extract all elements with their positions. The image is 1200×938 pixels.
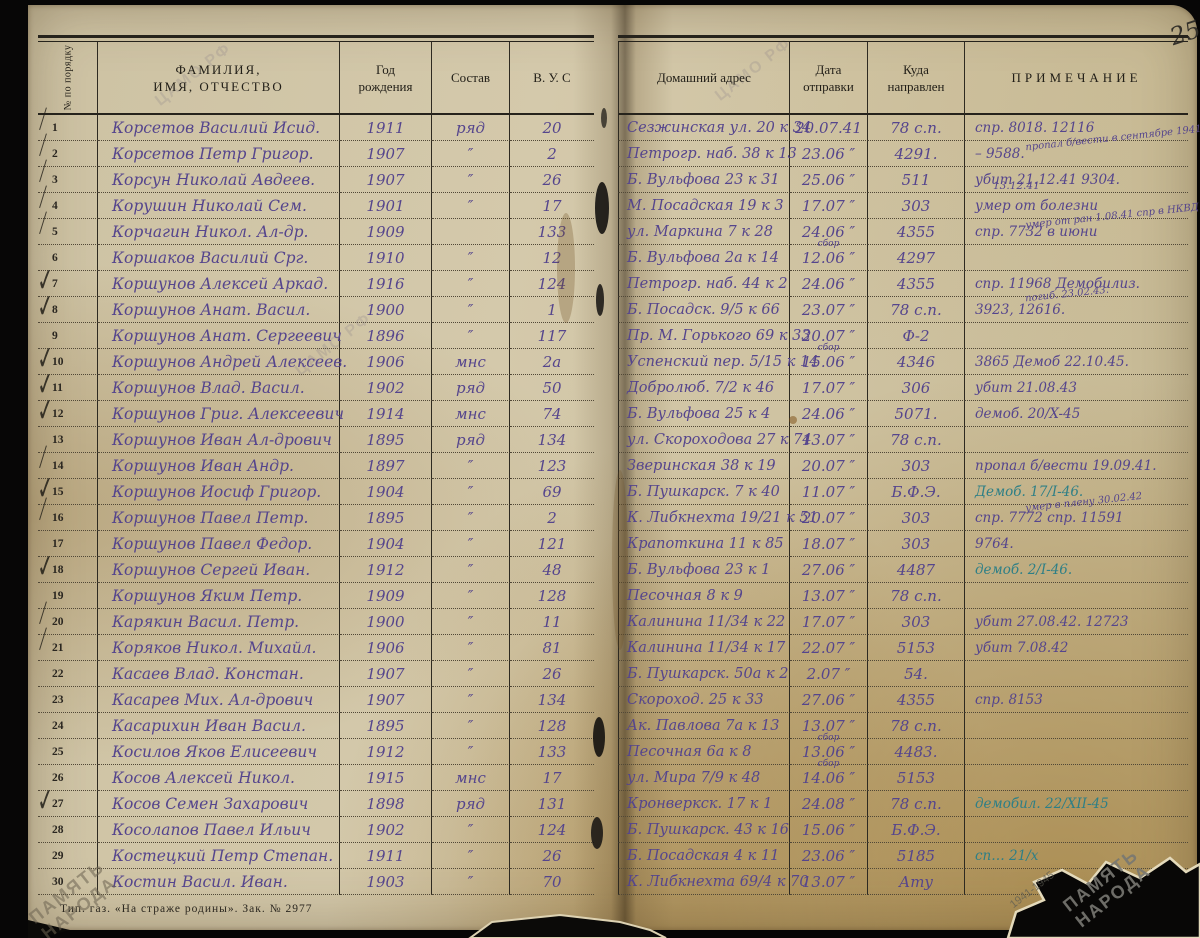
cell-name: Коршунов Павел Федор.	[98, 531, 340, 557]
cell-sostav: ″	[432, 869, 510, 895]
cell-num: 12✓	[38, 401, 98, 427]
table-row: 2/Корсетов Петр Григор.1907″2Петрогр. на…	[38, 141, 1188, 167]
cell-dest: 303	[868, 531, 965, 557]
cell-note	[965, 323, 1188, 349]
cell-year: 1912	[340, 557, 432, 583]
cell-year: 1909	[340, 219, 432, 245]
cell-name: Коршунов Анат. Сергеевич	[98, 323, 340, 349]
cell-vus: 128	[510, 713, 594, 739]
cell-dest: 78 с.п.	[868, 115, 965, 141]
cell-sostav: ″	[432, 713, 510, 739]
cell-vus: 26	[510, 843, 594, 869]
cell-num: 24	[38, 713, 98, 739]
cell-addr: Калинина 11/34 к 22	[618, 609, 790, 635]
table-row: 27✓Косов Семен Захарович1898ряд131Кронве…	[38, 791, 1188, 817]
cell-addr: Б. Пушкарск. 50а к 2	[618, 661, 790, 687]
cell-dest: 4355	[868, 271, 965, 297]
cell-addr: Б. Вульфова 23 к 31	[618, 167, 790, 193]
cell-name: Коршунов Иосиф Григор.	[98, 479, 340, 505]
cell-vus: 20	[510, 115, 594, 141]
table-row: 6Коршаков Василий Срг.1910″12Б. Вульфова…	[38, 245, 1188, 271]
cell-date: 11.07 ″	[790, 479, 868, 505]
cell-dest: 5153	[868, 765, 965, 791]
cell-addr: Б. Вульфова 2а к 14	[618, 245, 790, 271]
cell-date: 13.07 ″	[790, 583, 868, 609]
cell-vus: 70	[510, 869, 594, 895]
cell-sostav: ″	[432, 739, 510, 765]
cell-sostav: ″	[432, 297, 510, 323]
table-row: 25Косилов Яков Елисеевич1912″133Песочная…	[38, 739, 1188, 765]
cell-addr: К. Либкнехта 19/21 к 51	[618, 505, 790, 531]
cell-vus: 26	[510, 661, 594, 687]
cell-name: Касарев Мих. Ал-дрович	[98, 687, 340, 713]
cell-sostav: мнс	[432, 401, 510, 427]
cell-note: 9764.	[965, 531, 1188, 557]
cell-vus: 117	[510, 323, 594, 349]
cell-gut	[594, 167, 618, 193]
cell-dest: 78 с.п.	[868, 297, 965, 323]
cell-note: погиб. 23.02.43.3923, 12616.	[965, 297, 1188, 323]
cell-vus: 134	[510, 687, 594, 713]
cell-vus: 74	[510, 401, 594, 427]
cell-name: Косилов Яков Елисеевич	[98, 739, 340, 765]
cell-date: сбор12.06 ″	[790, 245, 868, 271]
cell-gut	[594, 687, 618, 713]
cell-name: Коршунов Григ. Алексеевич	[98, 401, 340, 427]
top-rule-right	[618, 35, 1188, 42]
cell-year: 1904	[340, 479, 432, 505]
cell-date: 23.06 ″	[790, 843, 868, 869]
cell-dest: 4291.	[868, 141, 965, 167]
cell-name: Коршунов Иван Ал-дрович	[98, 427, 340, 453]
cell-vus: 50	[510, 375, 594, 401]
cell-sostav: мнс	[432, 349, 510, 375]
cell-sostav: ″	[432, 479, 510, 505]
cell-sostav: ″	[432, 453, 510, 479]
table-row: 23Касарев Мих. Ал-дрович1907″134Скороход…	[38, 687, 1188, 713]
table-row: 30Костин Васил. Иван.1903″70К. Либкнехта…	[38, 869, 1188, 895]
table-row: 13Коршунов Иван Ал-дрович1895ряд134ул. С…	[38, 427, 1188, 453]
cell-dest: 303	[868, 609, 965, 635]
cell-note	[965, 661, 1188, 687]
table-row: 14/Коршунов Иван Андр.1897″123Зверинская…	[38, 453, 1188, 479]
cell-dest: 5071.	[868, 401, 965, 427]
cell-date: 13.07 ″	[790, 869, 868, 895]
cell-year: 1912	[340, 739, 432, 765]
cell-sostav: ″	[432, 141, 510, 167]
cell-name: Касаев Влад. Констан.	[98, 661, 340, 687]
cell-name: Корсетов Петр Григор.	[98, 141, 340, 167]
cell-addr: Песочная 8 к 9	[618, 583, 790, 609]
table-row: 17Коршунов Павел Федор.1904″121Крапоткин…	[38, 531, 1188, 557]
cell-dest: 303	[868, 505, 965, 531]
cell-num: 22	[38, 661, 98, 687]
cell-name: Коршаков Василий Срг.	[98, 245, 340, 271]
cell-year: 1907	[340, 167, 432, 193]
cell-year: 1909	[340, 583, 432, 609]
cell-num: 16/	[38, 505, 98, 531]
cell-addr: Песочная 6а к 8	[618, 739, 790, 765]
cell-addr: ул. Скороходова 27 к 74	[618, 427, 790, 453]
cell-date: 13.07 ″	[790, 427, 868, 453]
cell-gut	[594, 791, 618, 817]
cell-name: Корсетов Василий Исид.	[98, 115, 340, 141]
cell-num: 23	[38, 687, 98, 713]
header-name: ФАМИЛИЯ,ИМЯ, ОТЧЕСТВО	[98, 42, 340, 115]
cell-date: 23.07 ″	[790, 297, 868, 323]
cell-vus: 17	[510, 193, 594, 219]
cell-note: убит 21.08.43	[965, 375, 1188, 401]
cell-gut	[594, 349, 618, 375]
cell-vus: 123	[510, 453, 594, 479]
table-row: 10✓Коршунов Андрей Алексеев.1906мнс2аУсп…	[38, 349, 1188, 375]
margin-checkmark: ✓	[36, 285, 55, 328]
cell-note	[965, 713, 1188, 739]
cell-year: 1896	[340, 323, 432, 349]
cell-name: Коршунов Влад. Васил.	[98, 375, 340, 401]
cell-year: 1907	[340, 141, 432, 167]
table-row: 28Косолапов Павел Ильич1902″124Б. Пушкар…	[38, 817, 1188, 843]
cell-year: 1900	[340, 609, 432, 635]
cell-dest: Ату	[868, 869, 965, 895]
header-note: ПРИМЕЧАНИЕ	[965, 42, 1188, 115]
cell-note	[965, 869, 1188, 895]
cell-year: 1911	[340, 115, 432, 141]
cell-gut	[594, 505, 618, 531]
cell-sostav: ″	[432, 557, 510, 583]
cell-gut	[594, 869, 618, 895]
cell-date: 20.07.41	[790, 115, 868, 141]
cell-dest: 78 с.п.	[868, 583, 965, 609]
margin-checkmark: ✓	[36, 779, 55, 822]
cell-name: Коршунов Алексей Аркад.	[98, 271, 340, 297]
cell-note: демоб. 20/X-45	[965, 401, 1188, 427]
cell-num: 29	[38, 843, 98, 869]
cell-dest: 511	[868, 167, 965, 193]
cell-name: Корушин Николай Сем.	[98, 193, 340, 219]
cell-dest: 4355	[868, 687, 965, 713]
cell-date: 24.08 ″	[790, 791, 868, 817]
cell-gut	[594, 557, 618, 583]
cell-gut	[594, 843, 618, 869]
cell-gut	[594, 739, 618, 765]
cell-sostav: ряд	[432, 427, 510, 453]
cell-sostav: мнс	[432, 765, 510, 791]
table-row: 4/Корушин Николай Сем.1901″17М. Посадска…	[38, 193, 1188, 219]
cell-addr: Крапоткина 11 к 85	[618, 531, 790, 557]
cell-note: 3865 Демоб 22.10.45.	[965, 349, 1188, 375]
cell-dest: 303	[868, 193, 965, 219]
cell-vus: 128	[510, 583, 594, 609]
cell-gut	[594, 765, 618, 791]
cell-addr: К. Либкнехта 69/4 к 70	[618, 869, 790, 895]
cell-year: 1902	[340, 817, 432, 843]
cell-name: Коряков Никол. Михайл.	[98, 635, 340, 661]
table-row: 5/Корчагин Никол. Ал-др.1909133ул. Марки…	[38, 219, 1188, 245]
cell-note: сп… 21/х	[965, 843, 1188, 869]
cell-sostav: ″	[432, 687, 510, 713]
cell-dest: 303	[868, 453, 965, 479]
cell-dest: 306	[868, 375, 965, 401]
cell-name: Коршунов Яким Петр.	[98, 583, 340, 609]
cell-gut	[594, 635, 618, 661]
cell-note: демоб. 2/I-46.	[965, 557, 1188, 583]
cell-name: Касарихин Иван Васил.	[98, 713, 340, 739]
cell-year: 1901	[340, 193, 432, 219]
cell-date: 17.07 ″	[790, 609, 868, 635]
cell-addr: Ак. Павлова 7а к 13	[618, 713, 790, 739]
table-rows: 1/Корсетов Василий Исид.1911ряд20Сезжинс…	[38, 115, 1188, 895]
table-row: 18✓Коршунов Сергей Иван.1912″48Б. Вульфо…	[38, 557, 1188, 583]
cell-dest: 4487	[868, 557, 965, 583]
cell-sostav: ″	[432, 245, 510, 271]
cell-vus: 121	[510, 531, 594, 557]
cell-gut	[594, 323, 618, 349]
cell-sostav: ″	[432, 843, 510, 869]
header-vus: В. У. С	[510, 42, 594, 115]
cell-year: 1902	[340, 375, 432, 401]
cell-dest: 78 с.п.	[868, 427, 965, 453]
cell-gut	[594, 453, 618, 479]
cell-gut	[594, 713, 618, 739]
cell-num: 8✓	[38, 297, 98, 323]
cell-addr: Кронверкск. 17 к 1	[618, 791, 790, 817]
cell-year: 1911	[340, 843, 432, 869]
margin-checkmark: ✓	[36, 545, 55, 588]
cell-sostav: ″	[432, 817, 510, 843]
cell-date: 25.06 ″	[790, 167, 868, 193]
header-date: Датаотправки	[790, 42, 868, 115]
cell-dest: Б.Ф.Э.	[868, 479, 965, 505]
cell-dest: 4355	[868, 219, 965, 245]
cell-name: Косов Алексей Никол.	[98, 765, 340, 791]
cell-vus: 81	[510, 635, 594, 661]
cell-vus: 26	[510, 167, 594, 193]
cell-addr: М. Посадская 19 к 3	[618, 193, 790, 219]
cell-note: убит 7.08.42	[965, 635, 1188, 661]
cell-vus: 12	[510, 245, 594, 271]
cell-vus: 1	[510, 297, 594, 323]
cell-addr: Б. Посадская 4 к 11	[618, 843, 790, 869]
cell-gut	[594, 479, 618, 505]
cell-name: Коршунов Анат. Васил.	[98, 297, 340, 323]
cell-sostav: ряд	[432, 791, 510, 817]
cell-date: сбор15.06 ″	[790, 349, 868, 375]
cell-addr: Б. Посадск. 9/5 к 66	[618, 297, 790, 323]
cell-sostav: ″	[432, 609, 510, 635]
cell-note: демобил. 22/XII-45	[965, 791, 1188, 817]
header-sostav: Состав	[432, 42, 510, 115]
cell-year: 1906	[340, 635, 432, 661]
cell-dest: 78 с.п.	[868, 791, 965, 817]
cell-name: Косов Семен Захарович	[98, 791, 340, 817]
cell-sostav: ″	[432, 635, 510, 661]
cell-year: 1895	[340, 713, 432, 739]
cell-date: 24.06 ″	[790, 271, 868, 297]
cell-vus: 48	[510, 557, 594, 583]
table-row: 12✓Коршунов Григ. Алексеевич1914мнс74Б. …	[38, 401, 1188, 427]
cell-year: 1895	[340, 427, 432, 453]
gutter-spacer	[594, 42, 618, 115]
table-header: № по порядку ФАМИЛИЯ,ИМЯ, ОТЧЕСТВО Годро…	[38, 42, 1188, 115]
cell-note: умер от ран 1.08.41 спр в НКВДспр. 7732 …	[965, 219, 1188, 245]
cell-gut	[594, 427, 618, 453]
cell-date: 24.06 ″	[790, 401, 868, 427]
cell-sostav: ряд	[432, 115, 510, 141]
cell-note: пропал б/вести в сентябре 1941– 9588.	[965, 141, 1188, 167]
cell-num: 21/	[38, 635, 98, 661]
cell-vus: 11	[510, 609, 594, 635]
table-row: 22Касаев Влад. Констан.1907″26Б. Пушкарс…	[38, 661, 1188, 687]
cell-name: Карякин Васил. Петр.	[98, 609, 340, 635]
cell-name: Коршунов Иван Андр.	[98, 453, 340, 479]
cell-sostav: ″	[432, 505, 510, 531]
cell-note	[965, 245, 1188, 271]
cell-vus: 2а	[510, 349, 594, 375]
cell-name: Косолапов Павел Ильич	[98, 817, 340, 843]
cell-addr: ул. Мира 7/9 к 48	[618, 765, 790, 791]
cell-note: пропал б/вести 19.09.41.	[965, 453, 1188, 479]
paper-sheet: ЦАМО РФ ЦАМО РФ ЦАМО РФ 25 № по порядку …	[28, 5, 1197, 930]
table-row: 11✓Коршунов Влад. Васил.1902ряд50Добролю…	[38, 375, 1188, 401]
cell-sostav: ″	[432, 193, 510, 219]
cell-gut	[594, 583, 618, 609]
cell-date: 15.06 ″	[790, 817, 868, 843]
cell-note	[965, 427, 1188, 453]
cell-note	[965, 739, 1188, 765]
cell-num: 18✓	[38, 557, 98, 583]
cell-num: 25	[38, 739, 98, 765]
cell-dest: 54.	[868, 661, 965, 687]
cell-date: 20.07 ″	[790, 453, 868, 479]
table-row: 15✓Коршунов Иосиф Григор.1904″69Б. Пушка…	[38, 479, 1188, 505]
cell-dest: 5153	[868, 635, 965, 661]
cell-vus: 133	[510, 219, 594, 245]
margin-checkmark: ✓	[36, 389, 55, 432]
cell-sostav	[432, 219, 510, 245]
cell-year: 1915	[340, 765, 432, 791]
cell-date: 23.06 ″	[790, 141, 868, 167]
cell-year: 1900	[340, 297, 432, 323]
cell-name: Костецкий Петр Степан.	[98, 843, 340, 869]
printer-imprint: Тип. газ. «На страже родины». Зак. № 297…	[60, 903, 312, 915]
cell-gut	[594, 271, 618, 297]
cell-gut	[594, 219, 618, 245]
cell-addr: Сезжинская ул. 20 к 34	[618, 115, 790, 141]
cell-name: Корчагин Никол. Ал-др.	[98, 219, 340, 245]
cell-year: 1907	[340, 687, 432, 713]
table-row: 16/Коршунов Павел Петр.1895″2К. Либкнехт…	[38, 505, 1188, 531]
table-row: 24Касарихин Иван Васил.1895″128Ак. Павло…	[38, 713, 1188, 739]
cell-year: 1907	[340, 661, 432, 687]
cell-gut	[594, 817, 618, 843]
cell-vus: 69	[510, 479, 594, 505]
cell-vus: 134	[510, 427, 594, 453]
cell-name: Корсун Николай Авдеев.	[98, 167, 340, 193]
table-row: 1/Корсетов Василий Исид.1911ряд20Сезжинс…	[38, 115, 1188, 141]
cell-addr: ул. Маркина 7 к 28	[618, 219, 790, 245]
table-row: 3/Корсун Николай Авдеев.1907″26Б. Вульфо…	[38, 167, 1188, 193]
cell-date: 2.07 ″	[790, 661, 868, 687]
cell-date: 20.07 ″	[790, 505, 868, 531]
table-row: 8✓Коршунов Анат. Васил.1900″1Б. Посадск.…	[38, 297, 1188, 323]
table-row: 19Коршунов Яким Петр.1909″128Песочная 8 …	[38, 583, 1188, 609]
cell-name: Костин Васил. Иван.	[98, 869, 340, 895]
cell-date: 17.07 ″	[790, 375, 868, 401]
cell-vus: 131	[510, 791, 594, 817]
cell-num: 28	[38, 817, 98, 843]
cell-date: 22.07 ″	[790, 635, 868, 661]
header-birth-year: Годрождения	[340, 42, 432, 115]
cell-sostav: ″	[432, 167, 510, 193]
cell-gut	[594, 115, 618, 141]
table-row: 9Коршунов Анат. Сергеевич1896″117Пр. М. …	[38, 323, 1188, 349]
cell-num: 27✓	[38, 791, 98, 817]
cell-addr: Успенский пер. 5/15 к 14	[618, 349, 790, 375]
cell-addr: Петрогр. наб. 38 к 13	[618, 141, 790, 167]
table-row: 7✓Коршунов Алексей Аркад.1916″124Петрогр…	[38, 271, 1188, 297]
cell-gut	[594, 609, 618, 635]
cell-gut	[594, 401, 618, 427]
cell-date: 18.07 ″	[790, 531, 868, 557]
cell-dest: 4297	[868, 245, 965, 271]
cell-note: убит 27.08.42. 12723	[965, 609, 1188, 635]
table-row: 21/Коряков Никол. Михайл.1906″81Калинина…	[38, 635, 1188, 661]
cell-addr: Скороход. 25 к 33	[618, 687, 790, 713]
cell-num: 30	[38, 869, 98, 895]
cell-note: спр. 8153	[965, 687, 1188, 713]
cell-name: Коршунов Андрей Алексеев.	[98, 349, 340, 375]
top-rule-left	[38, 35, 594, 42]
cell-addr: Пр. М. Горького 69 к 33	[618, 323, 790, 349]
cell-year: 1897	[340, 453, 432, 479]
cell-dest: 78 с.п.	[868, 713, 965, 739]
cell-addr: Б. Вульфова 23 к 1	[618, 557, 790, 583]
cell-sostav: ″	[432, 323, 510, 349]
cell-sostav: ″	[432, 583, 510, 609]
cell-date: 17.07 ″	[790, 193, 868, 219]
cell-gut	[594, 245, 618, 271]
cell-addr: Б. Пушкарск. 43 к 16	[618, 817, 790, 843]
cell-dest: 4346	[868, 349, 965, 375]
cell-dest: 5185	[868, 843, 965, 869]
cell-addr: Петрогр. наб. 44 к 2	[618, 271, 790, 297]
cell-note	[965, 765, 1188, 791]
cell-year: 1906	[340, 349, 432, 375]
cell-addr: Добролюб. 7/2 к 46	[618, 375, 790, 401]
cell-note: убит 21.12.41 9304.13.12.41	[965, 167, 1188, 193]
cell-year: 1895	[340, 505, 432, 531]
cell-year: 1910	[340, 245, 432, 271]
cell-gut	[594, 141, 618, 167]
cell-dest: 4483.	[868, 739, 965, 765]
cell-date: сбор14.06 ″	[790, 765, 868, 791]
cell-sostav: ″	[432, 271, 510, 297]
cell-sostav: ряд	[432, 375, 510, 401]
cell-dest: Ф-2	[868, 323, 965, 349]
cell-note	[965, 583, 1188, 609]
header-address: Домашний адрес	[618, 42, 790, 115]
cell-year: 1898	[340, 791, 432, 817]
cell-date: 27.06 ″	[790, 687, 868, 713]
cell-gut	[594, 661, 618, 687]
scanned-ledger-page: ЦАМО РФ ЦАМО РФ ЦАМО РФ 25 № по порядку …	[0, 0, 1200, 938]
table-row: 26Косов Алексей Никол.1915мнс17ул. Мира …	[38, 765, 1188, 791]
cell-gut	[594, 375, 618, 401]
cell-vus: 2	[510, 505, 594, 531]
table-row: 20/Карякин Васил. Петр.1900″11Калинина 1…	[38, 609, 1188, 635]
cell-gut	[594, 531, 618, 557]
